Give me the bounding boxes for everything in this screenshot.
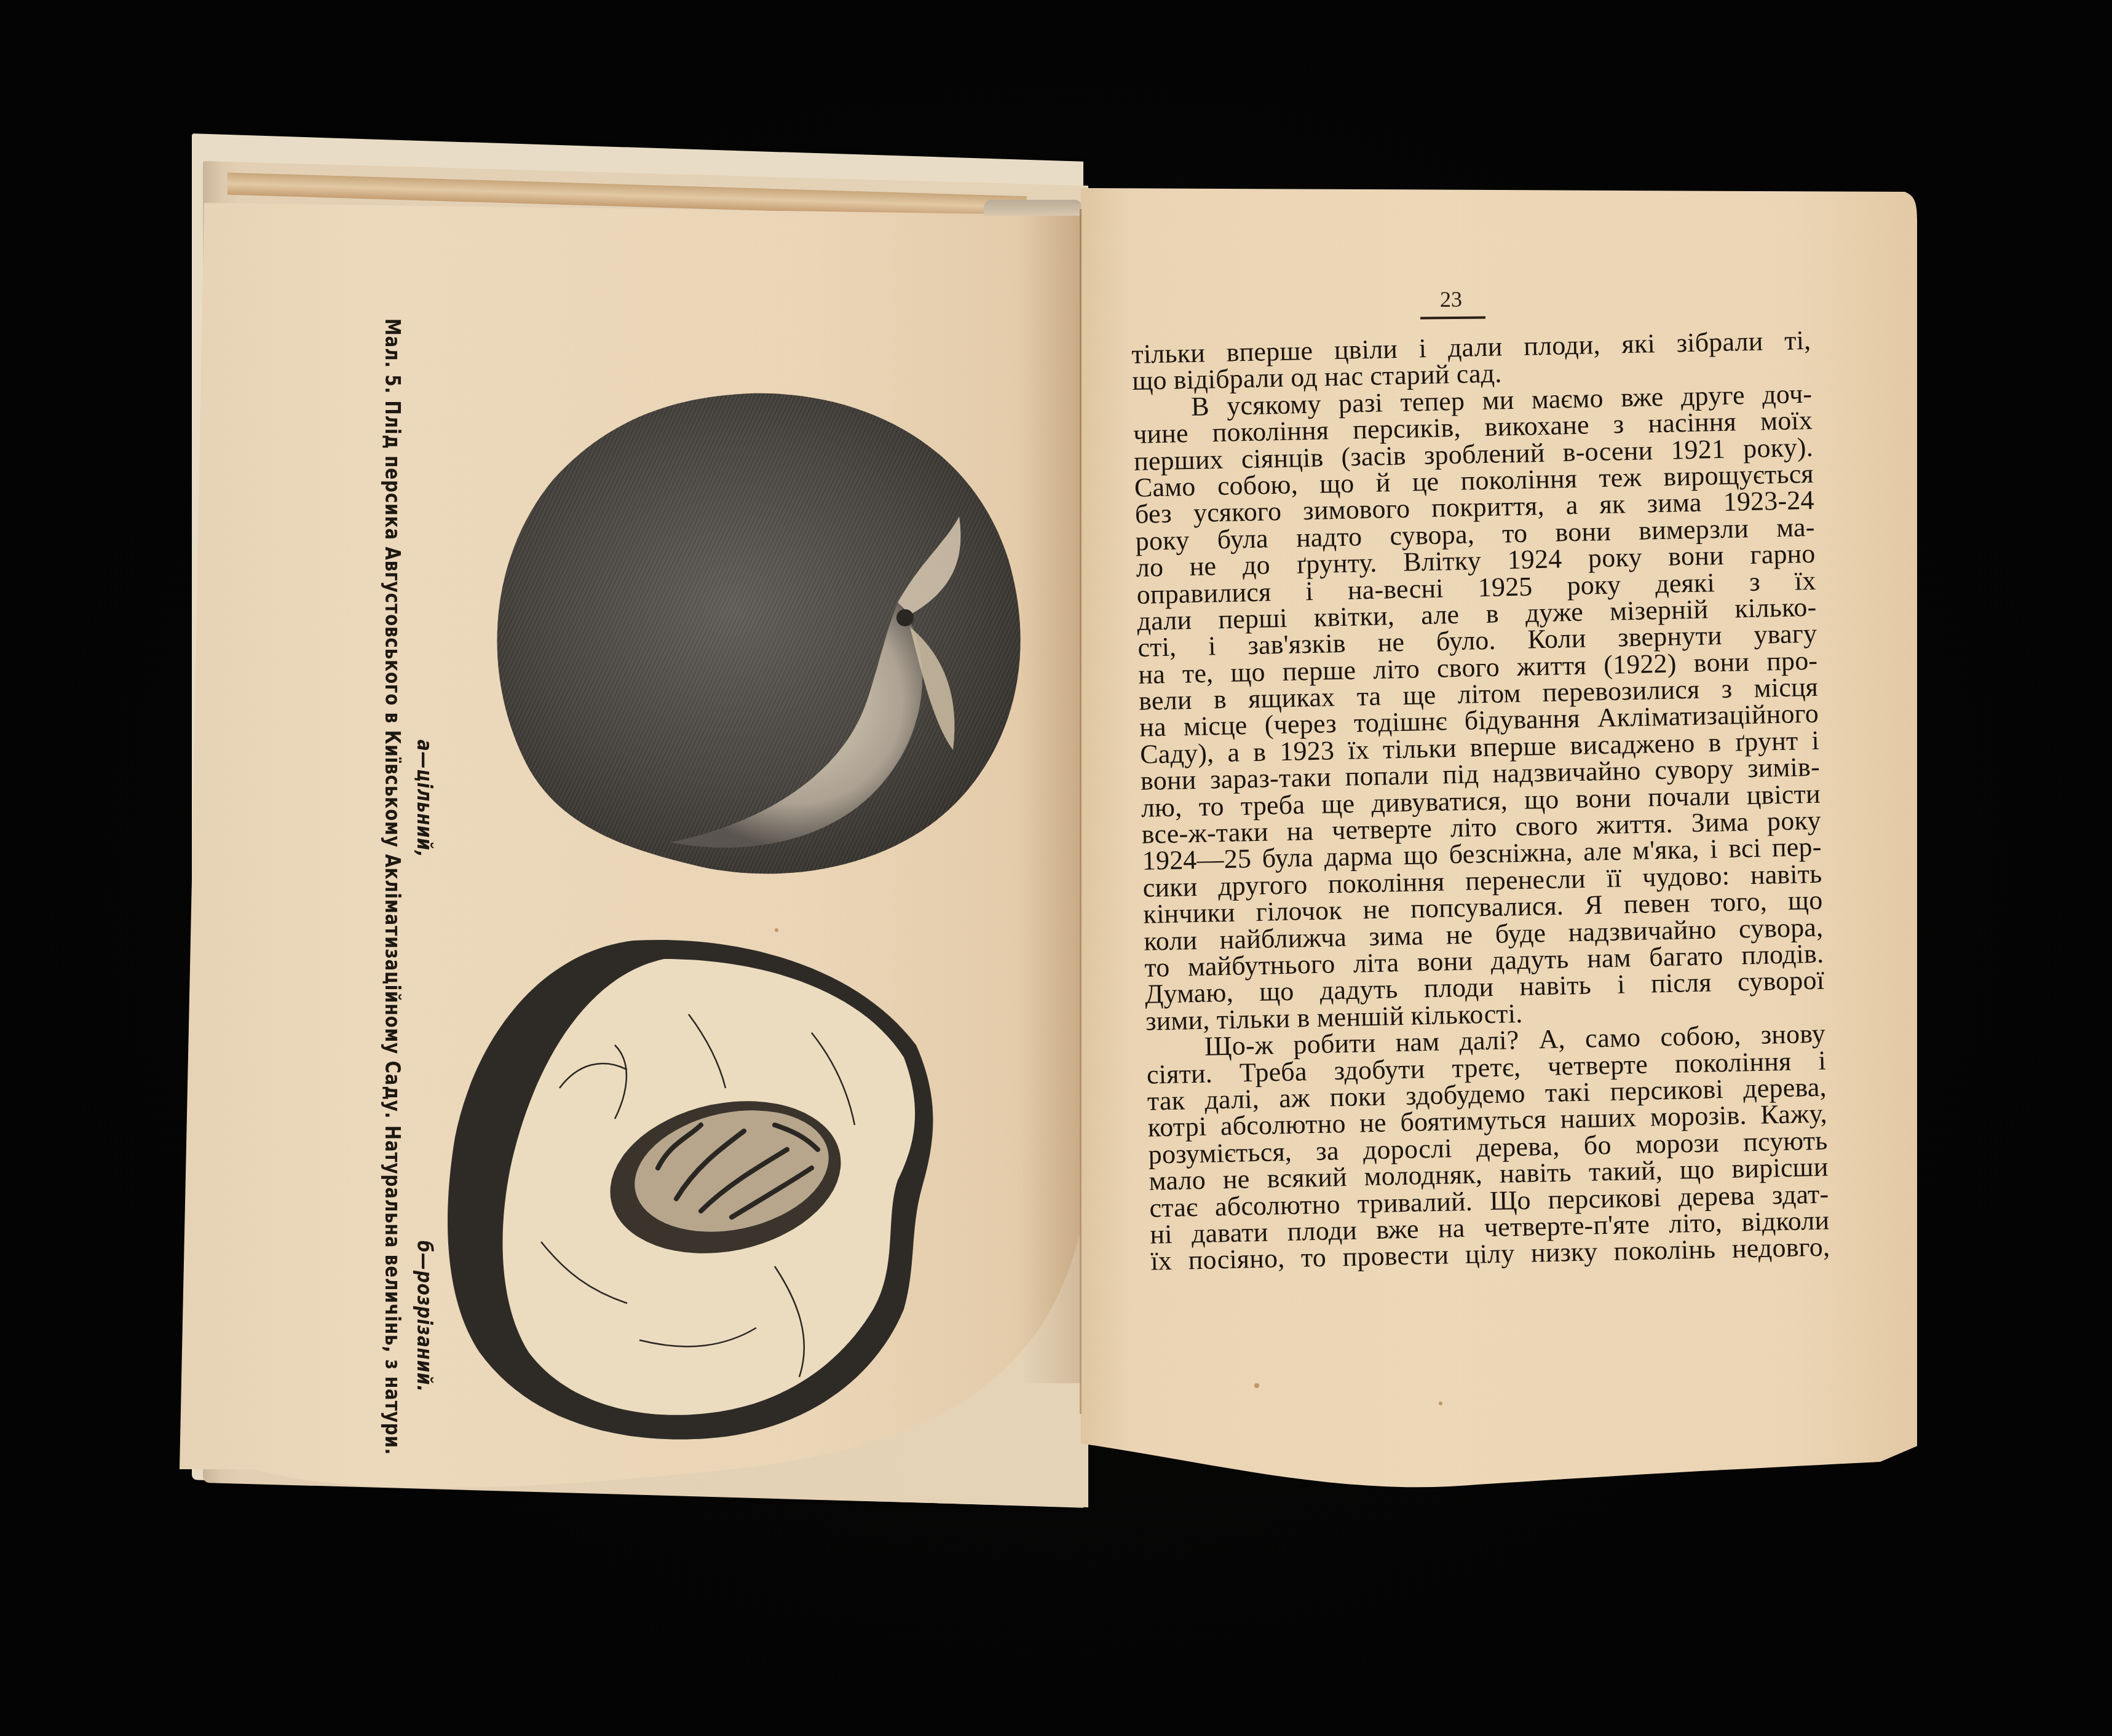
body-text: тільки вперше цвіли і дали плоди, які зі…	[1131, 327, 1830, 1274]
caption-main-text: Мал. 5. Плід персика Августовського в Ки…	[380, 318, 405, 1455]
gutter-fold	[1080, 209, 1082, 1414]
whole-peach-illustration	[467, 357, 1045, 885]
figure-caption: а—цільний, б—розрізаний. Мал. 5. Плід пе…	[366, 318, 440, 1474]
page-number: 23	[1414, 286, 1488, 312]
spine-top	[984, 200, 1082, 216]
cut-peach-illustration	[430, 922, 959, 1451]
caption-label-a: а—цільний,	[412, 740, 437, 858]
